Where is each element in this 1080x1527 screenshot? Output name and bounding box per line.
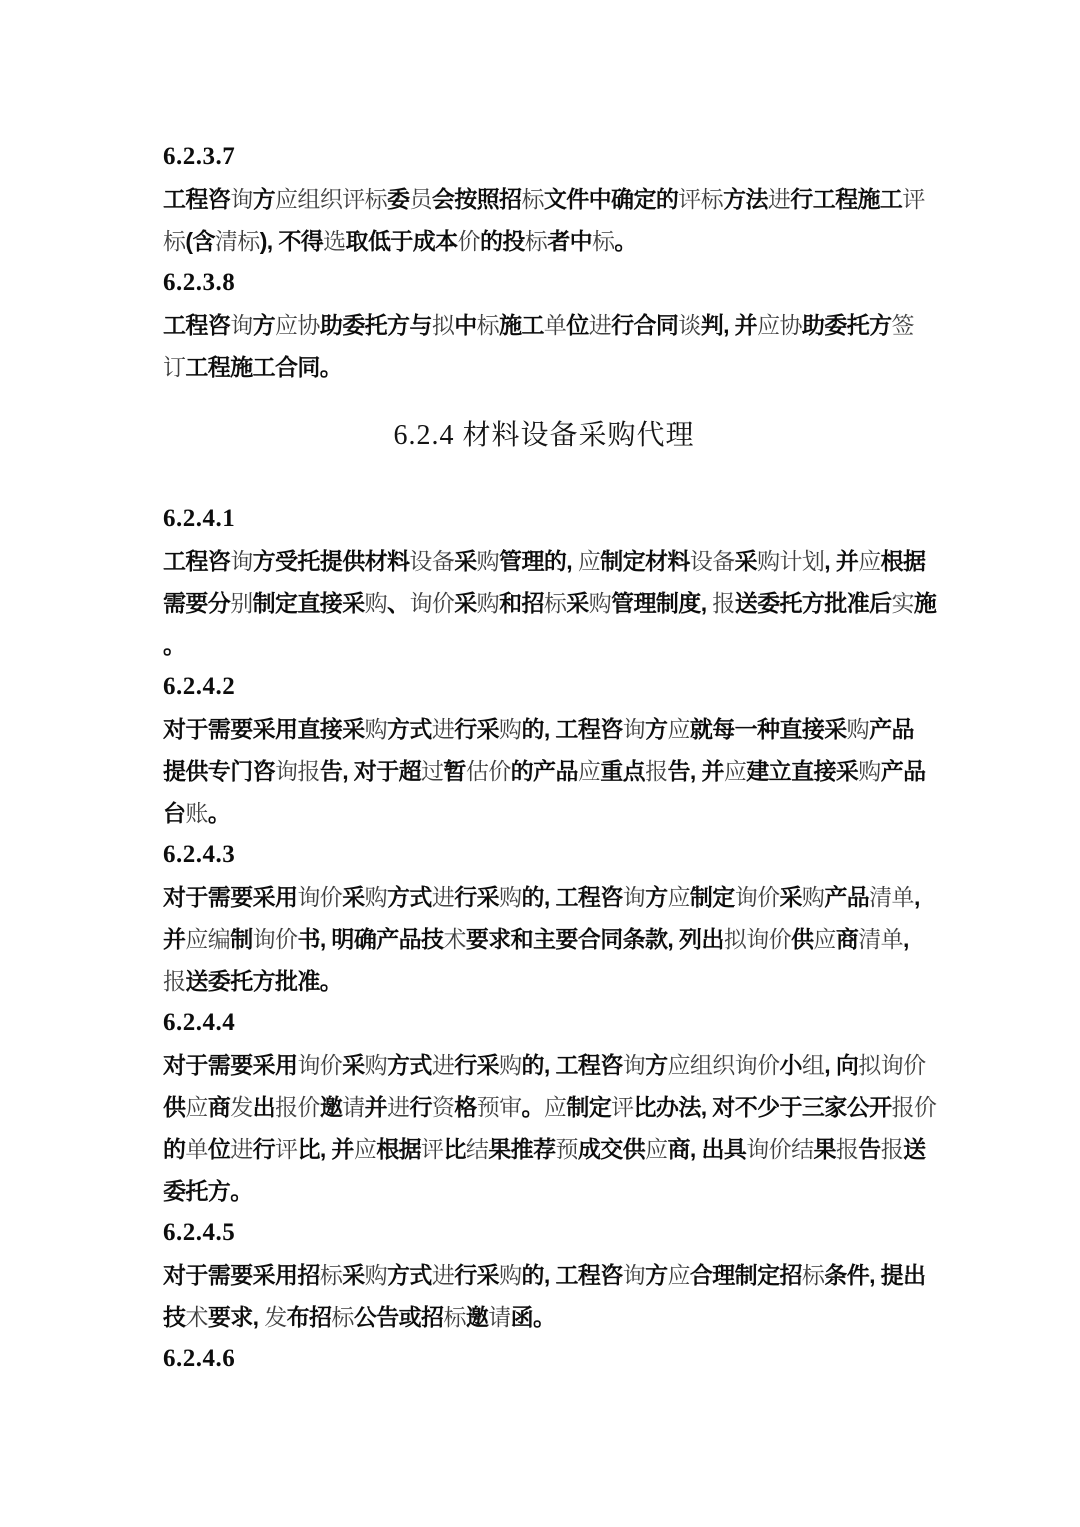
clause-text-line: 委托方。	[163, 1170, 925, 1212]
light-glyph-run: 应组织询价	[667, 1052, 779, 1078]
light-glyph-run: 报	[163, 968, 185, 994]
light-glyph-run: 报	[881, 1136, 903, 1162]
light-glyph-run: 标	[163, 228, 185, 254]
light-glyph-run: 询	[623, 716, 645, 742]
light-glyph-run: 应	[667, 1262, 689, 1288]
light-glyph-run: 询价结	[746, 1136, 813, 1162]
light-glyph-run: 应	[354, 1136, 376, 1162]
light-glyph-run: 应	[667, 716, 689, 742]
clause-number: 6.2.4.2	[163, 666, 925, 708]
clause-6.2.4.3: 6.2.4.3对于需要采用询价采购方式进行采购的, 工程咨询方应制定询价采购产品…	[163, 834, 925, 1002]
document-body: 6.2.3.7工程咨询方应组织评标委员会按照招标文件中确定的评标方法进行工程施工…	[163, 136, 925, 1380]
light-glyph-run: 应	[645, 1136, 667, 1162]
light-glyph-run: 预审	[477, 1094, 522, 1120]
light-glyph-run: 应	[544, 1094, 566, 1120]
light-glyph-run: 购	[499, 716, 521, 742]
clause-text-line: 标(含清标), 不得选取低于成本价的投标者中标。	[163, 220, 925, 262]
light-glyph-run: 标	[525, 228, 547, 254]
clause-text-line: 报送委托方批准。	[163, 960, 925, 1002]
light-glyph-run: 单	[544, 312, 566, 338]
light-glyph-run: 单	[185, 1136, 207, 1162]
light-glyph-run: 询	[623, 884, 645, 910]
light-glyph-run: 询	[230, 312, 252, 338]
light-glyph-run: 标	[592, 228, 614, 254]
light-glyph-run: 术	[443, 926, 465, 952]
clause-6.2.4.2: 6.2.4.2对于需要采用直接采购方式进行采购的, 工程咨询方应就每一种直接采购…	[163, 666, 925, 834]
clause-text-line: 工程咨询方受托提供材料设备采购管理的, 应制定材料设备采购计划, 并应根据	[163, 540, 925, 582]
light-glyph-run: 报	[836, 1136, 858, 1162]
light-glyph-run: 购	[365, 884, 387, 910]
light-glyph-run: 报	[712, 590, 734, 616]
light-glyph-run: 请	[342, 1094, 364, 1120]
light-glyph-run: 询价	[253, 926, 298, 952]
light-glyph-run: 报价	[275, 1094, 320, 1120]
clause-text-line: 需要分别制定直接采购、询价采购和招标采购管理制度, 报送委托方批准后实施	[163, 582, 925, 624]
clause-6.2.3.7: 6.2.3.7工程咨询方应组织评标委员会按照招标文件中确定的评标方法进行工程施工…	[163, 136, 925, 262]
light-glyph-run: 应组织评标	[275, 186, 387, 212]
clause-number: 6.2.4.6	[163, 1338, 925, 1380]
clause-text-line: 对于需要采用招标采购方式进行采购的, 工程咨询方应合理制定招标条件, 提出	[163, 1254, 925, 1296]
light-glyph-run: 购	[499, 884, 521, 910]
light-glyph-run: 询价	[735, 884, 780, 910]
light-glyph-run: 组	[802, 1052, 824, 1078]
light-glyph-run: 应协	[275, 312, 320, 338]
clause-number: 6.2.3.7	[163, 136, 925, 178]
light-glyph-run: 标	[443, 1304, 465, 1330]
clause-number: 6.2.4.4	[163, 1002, 925, 1044]
light-glyph-run: 询	[623, 1262, 645, 1288]
light-glyph-run: 别	[230, 590, 252, 616]
light-glyph-run: 应	[724, 758, 746, 784]
light-glyph-run: 询价	[409, 590, 454, 616]
light-glyph-run: 进	[432, 884, 454, 910]
light-glyph-run: 标	[320, 1262, 342, 1288]
light-glyph-run: 员	[409, 186, 431, 212]
clause-6.2.4.6: 6.2.4.6	[163, 1338, 925, 1380]
light-glyph-run: 应编	[185, 926, 230, 952]
light-glyph-run: 应	[578, 758, 600, 784]
light-glyph-run: 购	[477, 590, 499, 616]
light-glyph-run: 应协	[757, 312, 802, 338]
clause-text-line: 对于需要采用询价采购方式进行采购的, 工程咨询方应组织询价小组, 向拟询价	[163, 1044, 925, 1086]
light-glyph-run: 订	[163, 354, 185, 380]
light-glyph-run: 请	[488, 1304, 510, 1330]
light-glyph-run: 发	[264, 1304, 286, 1330]
light-glyph-run: 询价	[297, 1052, 342, 1078]
light-glyph-run: 拟	[432, 312, 454, 338]
light-glyph-run: 标	[544, 590, 566, 616]
clause-text-line: 技术要求, 发布招标公告或招标邀请函。	[163, 1296, 925, 1338]
clause-text-line: 提供专门咨询报告, 对于超过暂估价的产品应重点报告, 并应建立直接采购产品	[163, 750, 925, 792]
light-glyph-run: 购计划	[757, 548, 824, 574]
light-glyph-run: 进	[589, 312, 611, 338]
light-glyph-run: 应	[578, 548, 600, 574]
clause-number: 6.2.4.5	[163, 1212, 925, 1254]
light-glyph-run: 进	[230, 1136, 252, 1162]
clause-text-line: 台账。	[163, 792, 925, 834]
light-glyph-run: 进	[432, 1052, 454, 1078]
clause-text-line: 订工程施工合同。	[163, 346, 925, 388]
light-glyph-run: 应	[813, 926, 835, 952]
light-glyph-run: 签	[892, 312, 914, 338]
clause-6.2.3.8: 6.2.3.8工程咨询方应协助委托方与拟中标施工单位进行合同谈判, 并应协助委托…	[163, 262, 925, 388]
clause-number: 6.2.4.3	[163, 834, 925, 876]
light-glyph-run: 询	[230, 548, 252, 574]
light-glyph-run: 询	[623, 1052, 645, 1078]
light-glyph-run: 预	[555, 1136, 577, 1162]
light-glyph-run: 设备	[690, 548, 735, 574]
light-glyph-run: 购	[365, 590, 387, 616]
light-glyph-run: 进	[432, 1262, 454, 1288]
clause-6.2.4.1: 6.2.4.1工程咨询方受托提供材料设备采购管理的, 应制定材料设备采购计划, …	[163, 498, 925, 666]
clause-number: 6.2.3.8	[163, 262, 925, 304]
light-glyph-run: 购	[365, 1262, 387, 1288]
clause-6.2.4.4: 6.2.4.4对于需要采用询价采购方式进行采购的, 工程咨询方应组织询价小组, …	[163, 1002, 925, 1212]
light-glyph-run: 评	[902, 186, 924, 212]
light-glyph-run: 购	[802, 884, 824, 910]
light-glyph-run: 设备	[409, 548, 454, 574]
clause-text-line: 工程咨询方应组织评标委员会按照招标文件中确定的评标方法进行工程施工评	[163, 178, 925, 220]
light-glyph-run: 谈	[678, 312, 700, 338]
light-glyph-run: 标	[477, 312, 499, 338]
light-glyph-run: 价	[458, 228, 480, 254]
clause-text-line: 的单位进行评比, 并应根据评比结果推荐预成交供应商, 出具询价结果报告报送	[163, 1128, 925, 1170]
light-glyph-run: 过	[421, 758, 443, 784]
light-glyph-run: 标	[802, 1262, 824, 1288]
light-glyph-run: 应	[858, 548, 880, 574]
light-glyph-run: 拟询价	[724, 926, 791, 952]
light-glyph-run: 实	[892, 590, 914, 616]
light-glyph-run: 购	[847, 716, 869, 742]
light-glyph-run: 购	[365, 1052, 387, 1078]
clause-text-line: 。	[163, 624, 925, 666]
light-glyph-run: 询报	[275, 758, 320, 784]
light-glyph-run: 进	[432, 716, 454, 742]
light-glyph-run: 购	[499, 1052, 521, 1078]
light-glyph-run: 应	[667, 884, 689, 910]
light-glyph-run: 标	[521, 186, 543, 212]
light-glyph-run: 评标	[678, 186, 723, 212]
light-glyph-run: 账	[185, 800, 207, 826]
clause-number: 6.2.4.1	[163, 498, 925, 540]
light-glyph-run: 评	[421, 1136, 443, 1162]
light-glyph-run: 发	[230, 1094, 252, 1120]
light-glyph-run: 购	[858, 758, 880, 784]
light-glyph-run: 结	[466, 1136, 488, 1162]
section-heading: 6.2.4 材料设备采购代理	[163, 414, 925, 458]
light-glyph-run: 选	[323, 228, 345, 254]
light-glyph-run: 资	[432, 1094, 454, 1120]
clause-text-line: 并应编制询价书, 明确产品技术要求和主要合同条款, 列出拟询价供应商清单,	[163, 918, 925, 960]
light-glyph-run: 清单	[869, 884, 914, 910]
clause-text-line: 对于需要采用直接采购方式进行采购的, 工程咨询方应就每一种直接采购产品	[163, 708, 925, 750]
light-glyph-run: 进	[768, 186, 790, 212]
light-glyph-run: 拟询价	[858, 1052, 925, 1078]
document-page: 6.2.3.7工程咨询方应组织评标委员会按照招标文件中确定的评标方法进行工程施工…	[0, 0, 1080, 1527]
light-glyph-run: 进	[387, 1094, 409, 1120]
light-glyph-run: 购	[477, 548, 499, 574]
clause-text-line: 供应商发出报价邀请并进行资格预审。应制定评比办法, 对不少于三家公开报价	[163, 1086, 925, 1128]
light-glyph-run: 购	[365, 716, 387, 742]
light-glyph-run: 询	[230, 186, 252, 212]
light-glyph-run: 估价	[466, 758, 511, 784]
light-glyph-run: 购	[589, 590, 611, 616]
light-glyph-run: 应	[185, 1094, 207, 1120]
light-glyph-run: 评	[611, 1094, 633, 1120]
light-glyph-run: 报价	[892, 1094, 937, 1120]
light-glyph-run: 评	[275, 1136, 297, 1162]
light-glyph-run: 清标	[215, 228, 260, 254]
light-glyph-run: 标	[331, 1304, 353, 1330]
clause-6.2.4.5: 6.2.4.5对于需要采用招标采购方式进行采购的, 工程咨询方应合理制定招标条件…	[163, 1212, 925, 1338]
light-glyph-run: 购	[499, 1262, 521, 1288]
clause-text-line: 对于需要采用询价采购方式进行采购的, 工程咨询方应制定询价采购产品清单,	[163, 876, 925, 918]
light-glyph-run: 清单	[858, 926, 903, 952]
light-glyph-run: 询价	[297, 884, 342, 910]
clause-text-line: 工程咨询方应协助委托方与拟中标施工单位进行合同谈判, 并应协助委托方签	[163, 304, 925, 346]
light-glyph-run: 报	[645, 758, 667, 784]
light-glyph-run: 术	[185, 1304, 207, 1330]
